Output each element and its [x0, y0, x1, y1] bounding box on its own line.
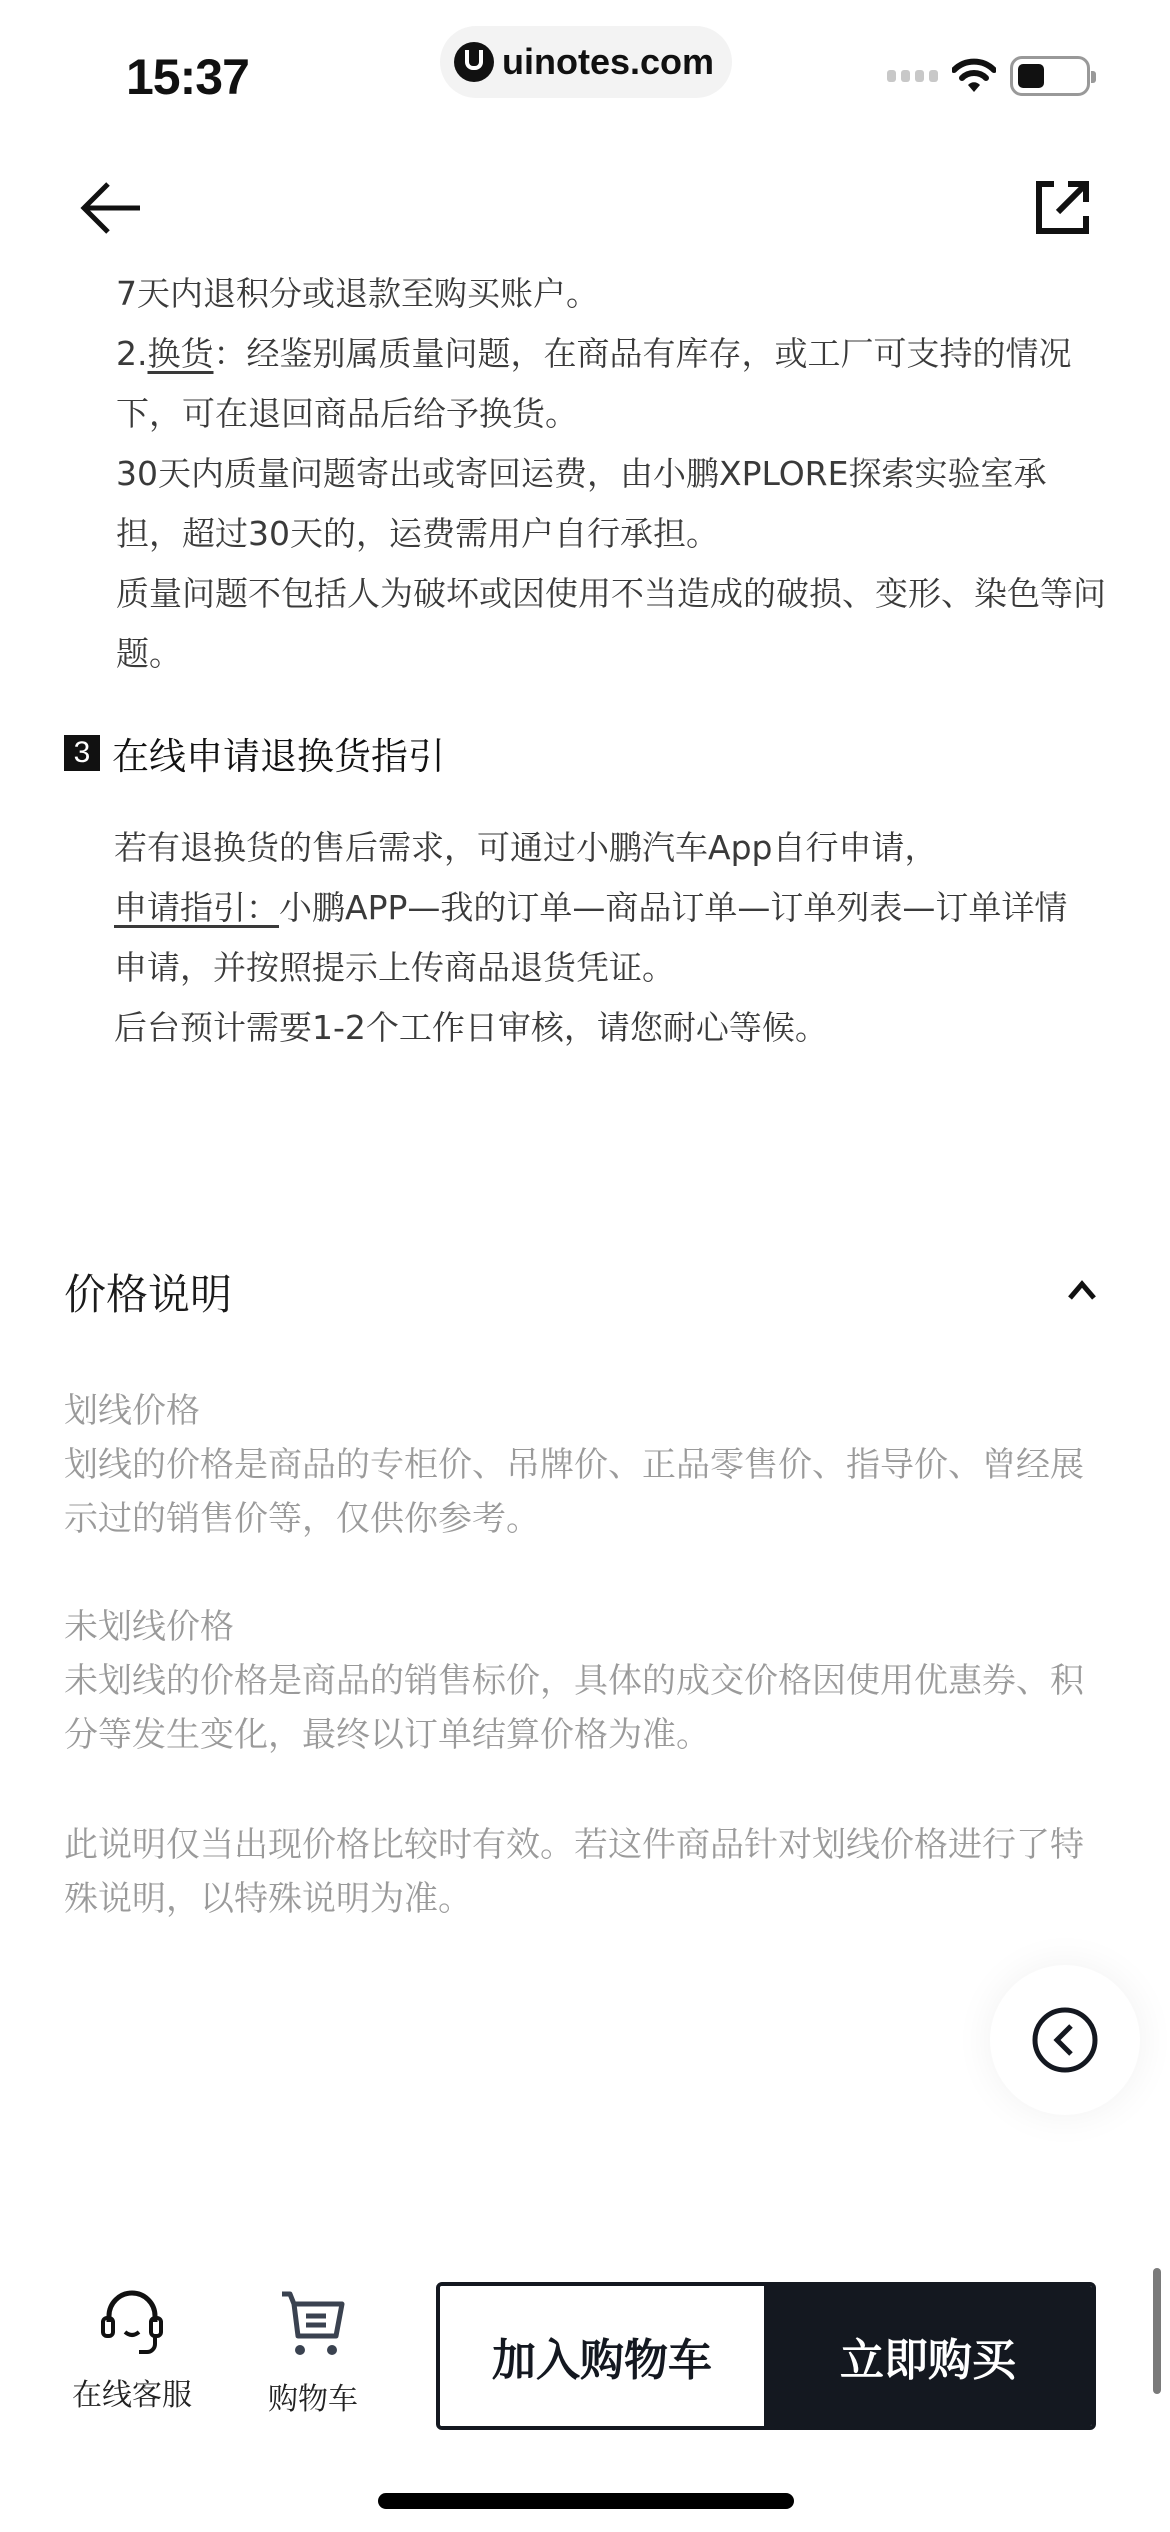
shopping-cart-icon: [278, 2290, 348, 2360]
cart-button[interactable]: 购物车: [268, 2290, 358, 2418]
home-indicator[interactable]: [378, 2493, 794, 2509]
price-block-regular: 未划线价格 未划线的价格是商品的销售标价，具体的成交价格因使用优惠券、积分等发生…: [64, 1600, 1104, 1762]
policy-line-exchange: 2.换货：经鉴别属质量问题，在商品有库存，或工厂可支持的情况下，可在退回商品后给…: [116, 324, 1106, 444]
buy-now-button[interactable]: 立即购买: [764, 2286, 1092, 2426]
battery-icon: [1010, 56, 1090, 96]
wifi-icon: [952, 58, 996, 94]
section-number-badge: 3: [64, 735, 100, 771]
add-to-cart-button[interactable]: 加入购物车: [440, 2286, 764, 2426]
circle-chevron-left-icon: [1031, 2006, 1099, 2074]
scrollbar[interactable]: [1153, 2268, 1161, 2394]
customer-service-button[interactable]: 在线客服: [72, 2290, 192, 2414]
price-block-strikethrough: 划线价格 划线的价格是商品的专柜价、吊牌价、正品零售价、指导价、曾经展示过的销售…: [64, 1384, 1104, 1546]
status-time: 15:37: [126, 48, 249, 106]
share-external-icon[interactable]: [1036, 180, 1090, 234]
return-policy-text: 7天内退积分或退款至购买账户。 2.换货：经鉴别属质量问题，在商品有库存，或工厂…: [116, 264, 1106, 684]
section-heading: 3 在线申请退换货指引: [64, 726, 445, 780]
policy-line: 30天内质量问题寄出或寄回运费，由小鹏XPLORE探索实验室承担，超过30天的，…: [116, 444, 1106, 564]
price-explanation-title[interactable]: 价格说明: [64, 1262, 232, 1322]
return-guide-text: 若有退换货的售后需求，可通过小鹏汽车App自行申请， 申请指引：小鹏APP—我的…: [114, 818, 1094, 1058]
purchase-actions: 加入购物车 立即购买: [436, 2282, 1096, 2430]
site-logo-icon: [454, 42, 494, 82]
url-pill: uinotes.com: [440, 26, 732, 98]
arrow-left-icon[interactable]: [78, 180, 142, 236]
status-icons: [887, 56, 1090, 96]
product-detail-page: 15:37 uinotes.com 7天内退积分或退款至购买账户。 2.换货：经…: [0, 0, 1170, 2532]
section-title: 在线申请退换货指引: [112, 726, 445, 780]
signal-icon: [887, 70, 938, 82]
guide-link[interactable]: 申请指引：: [114, 888, 279, 927]
policy-line: 质量问题不包括人为破坏或因使用不当造成的破损、变形、染色等问题。: [116, 564, 1106, 684]
price-block-note: 此说明仅当出现价格比较时有效。若这件商品针对划线价格进行了特殊说明，以特殊说明为…: [64, 1818, 1104, 1926]
floating-collapse-button[interactable]: [990, 1965, 1140, 2115]
exchange-link[interactable]: 换货: [148, 334, 214, 373]
chevron-up-icon[interactable]: [1066, 1278, 1098, 1302]
headset-icon: [99, 2290, 165, 2356]
policy-line: 7天内退积分或退款至购买账户。: [116, 264, 1106, 324]
url-text: uinotes.com: [502, 41, 714, 83]
